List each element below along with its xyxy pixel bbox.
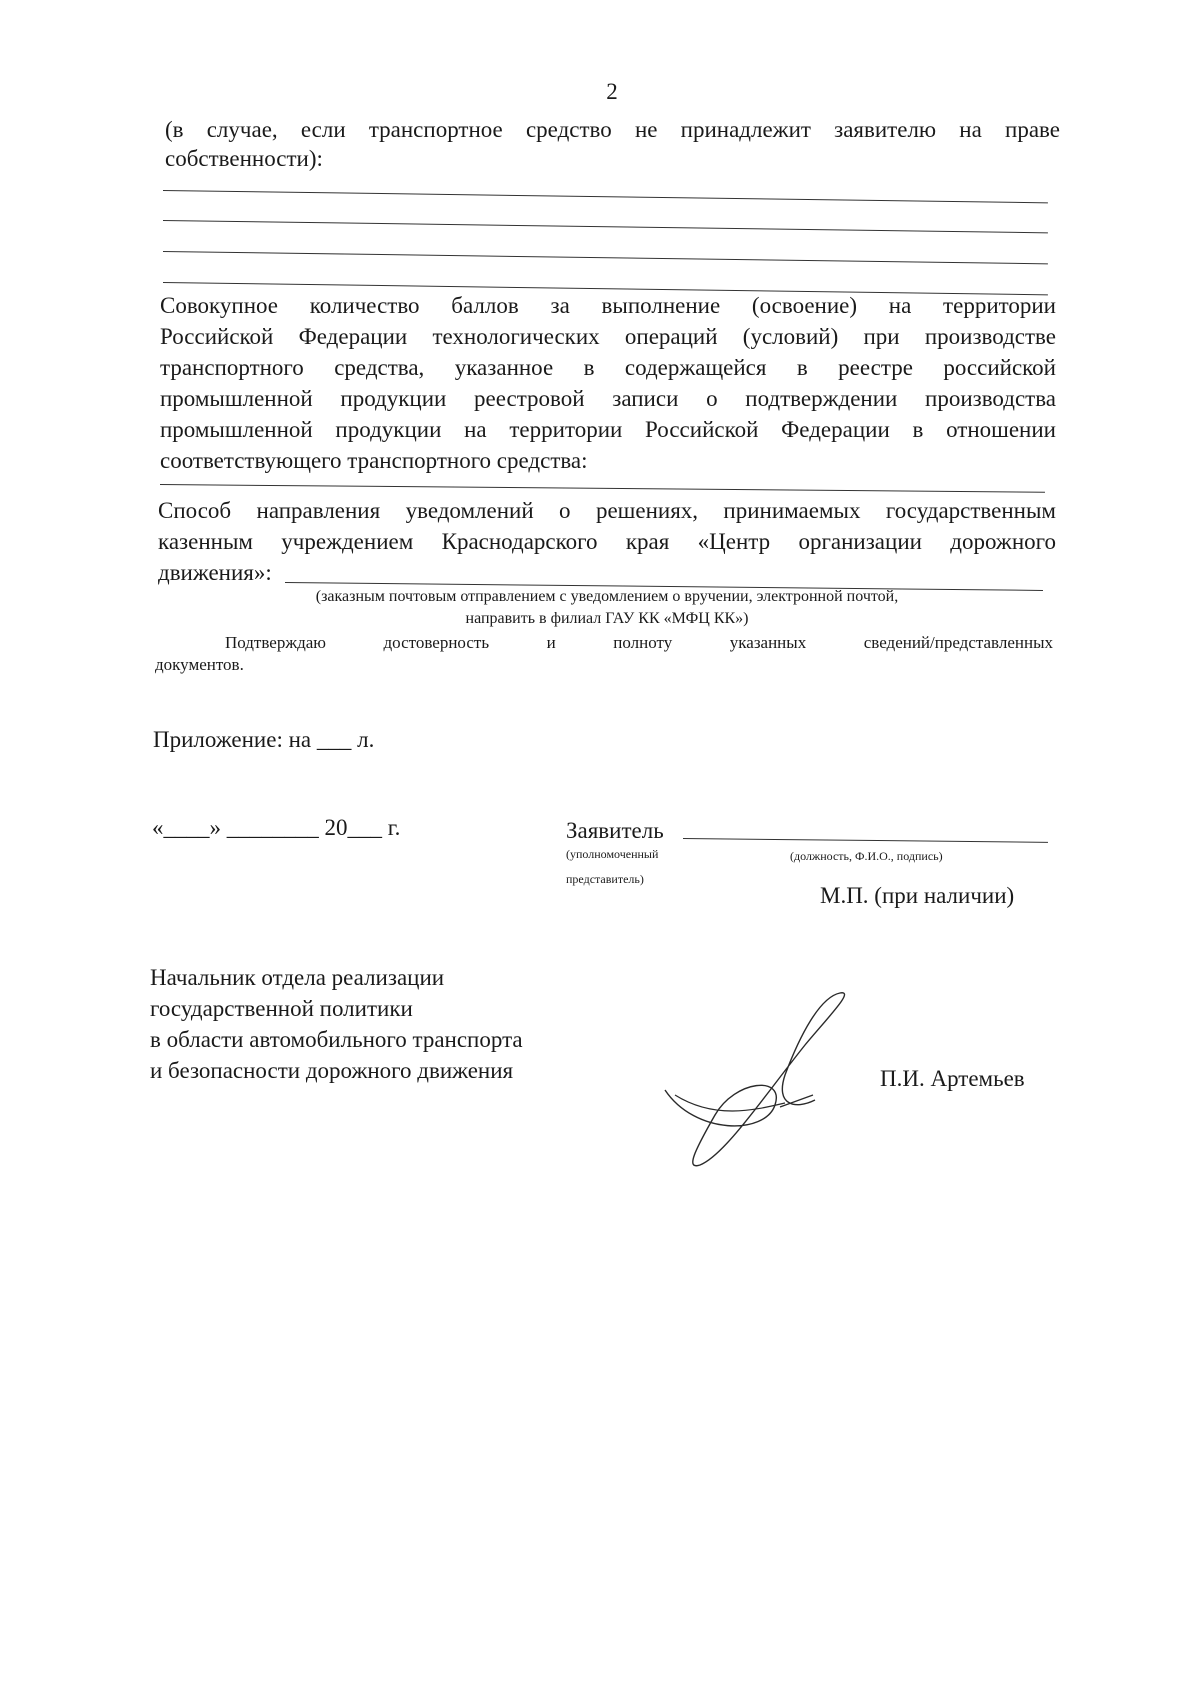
blank-line-1[interactable] [163,190,1048,203]
signatory-title: Начальник отдела реализации государствен… [150,962,523,1086]
applicant-label: Заявитель [566,815,664,846]
signatory-title-line: государственной политики [150,993,523,1024]
applicant-signature-line[interactable] [683,838,1048,843]
notification-hint-line-2: направить в филиал ГАУ КК «МФЦ КК») [158,608,1056,630]
notification-line: Способ направления уведомлений о решения… [158,495,1056,526]
handwritten-signature-icon [655,985,855,1170]
points-line: промышленной продукции на территории Рос… [160,414,1056,445]
confirmation-line-1: Подтверждаю достоверность и полноту указ… [225,632,1053,654]
signatory-title-line: в области автомобильного транспорта [150,1024,523,1055]
points-line: соответствующего транспортного средства: [160,445,1056,476]
applicant-field-hint: (должность, Ф.И.О., подпись) [790,848,943,864]
owner-note-line-1: (в случае, если транспортное средство не… [165,114,1060,145]
points-paragraph: Совокупное количество баллов за выполнен… [160,290,1056,476]
page-number: 2 [597,76,627,107]
points-line: промышленной продукции реестровой записи… [160,383,1056,414]
date-line[interactable]: «____» ________ 20___ г. [152,812,400,843]
signatory-name: П.И. Артемьев [880,1063,1025,1094]
signatory-title-line: и безопасности дорожного движения [150,1055,523,1086]
points-blank-line[interactable] [160,484,1045,493]
notification-hint-line-1: (заказным почтовым отправлением с уведом… [158,586,1056,608]
blank-line-2[interactable] [163,220,1048,233]
points-line: Совокупное количество баллов за выполнен… [160,290,1056,321]
points-line: транспортного средства, указанное в соде… [160,352,1056,383]
stamp-label: М.П. (при наличии) [820,880,1014,911]
applicant-sub-2: представитель) [566,871,644,887]
attachment-label: Приложение: на ___ л. [153,724,374,755]
blank-line-3[interactable] [163,251,1048,264]
signatory-title-line: Начальник отдела реализации [150,962,523,993]
notification-line: казенным учреждением Краснодарского края… [158,526,1056,557]
applicant-sub-1: (уполномоченный [566,846,658,862]
owner-note-line-2: собственности): [165,143,323,174]
confirmation-line-2: документов. [155,654,244,676]
notification-paragraph: Способ направления уведомлений о решения… [158,495,1056,588]
points-line: Российской Федерации технологических опе… [160,321,1056,352]
notification-line: движения»: [158,557,1056,588]
